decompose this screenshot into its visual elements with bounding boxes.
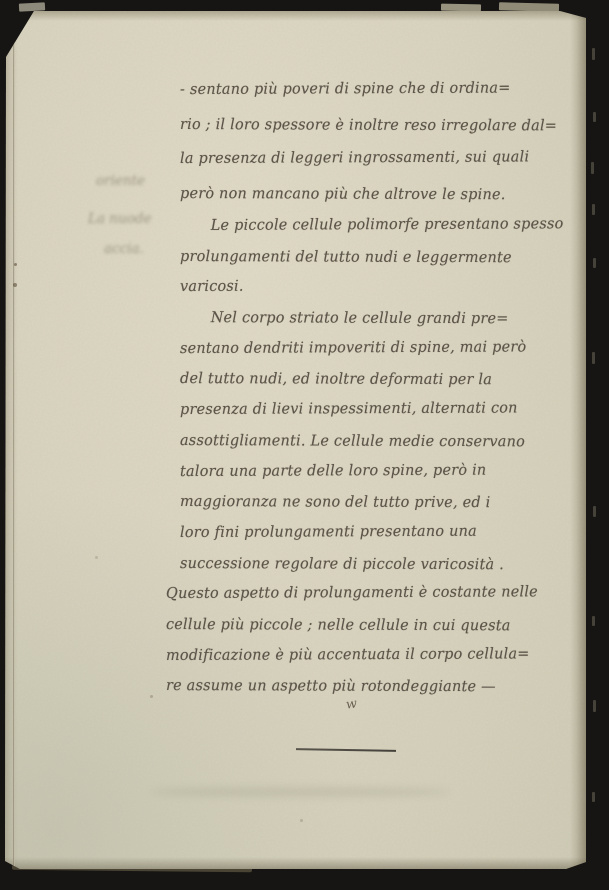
stray-pen-flourish: w <box>345 696 358 712</box>
handwritten-line: Le piccole cellule polimorfe presentano … <box>180 208 555 240</box>
stack-edge-mark <box>592 352 595 364</box>
stack-edge-mark <box>592 616 595 626</box>
stack-edge-mark <box>593 700 596 712</box>
stack-edge-mark <box>593 506 596 517</box>
foxing-speck <box>300 819 303 822</box>
handwritten-line: loro fini prolungamenti presentano una <box>180 515 555 547</box>
handwritten-line: la presenza di leggeri ingrossamenti, su… <box>180 139 555 175</box>
handwritten-line: rio ; il loro spessore è inoltre reso ir… <box>180 107 555 143</box>
bleedthrough-text: La nuode <box>88 211 151 227</box>
handwritten-line: però non mancano più che altrove le spin… <box>180 176 555 212</box>
handwritten-line: assottigliamenti. Le cellule medie conse… <box>180 425 555 457</box>
handwritten-line: Nel corpo striato le cellule grandi pre= <box>180 302 555 334</box>
foxing-speck <box>13 283 17 287</box>
foxing-speck <box>470 131 473 134</box>
stack-edge-mark <box>592 792 595 802</box>
binding-crease <box>13 41 15 869</box>
handwritten-line: re assume un aspetto più rotondeggiante … <box>166 670 554 702</box>
handwritten-line: maggioranza ne sono del tutto prive, ed … <box>180 486 555 518</box>
foxing-speck <box>150 695 153 698</box>
handwritten-line: Questo aspetto di prolungamenti è costan… <box>166 576 554 608</box>
handwritten-text-block: - sentano più poveri di spine che di ord… <box>180 72 570 701</box>
manuscript-page: oriente La nuode accia. - sentano più po… <box>0 11 586 869</box>
handwritten-line: varicosi. <box>180 270 555 302</box>
underlying-page-edge <box>441 4 481 12</box>
handwritten-line: - sentano più poveri di spine che di ord… <box>180 70 555 106</box>
photograph-backdrop: oriente La nuode accia. - sentano più po… <box>0 0 609 890</box>
handwritten-line: cellule più piccole ; nelle cellule in c… <box>166 609 554 641</box>
handwritten-line: modificazione è più accentuata il corpo … <box>166 638 554 670</box>
stack-edge-mark <box>593 112 596 122</box>
page-edge-shadow <box>570 11 586 869</box>
handwritten-line: presenza di lievi inspessimenti, alterna… <box>180 392 555 424</box>
underlying-page-edge <box>499 2 559 12</box>
bleedthrough-text: oriente <box>96 173 145 189</box>
handwritten-line: prolungamenti del tutto nudi e leggermen… <box>180 241 555 273</box>
handwritten-line: talora una parte delle loro spine, però … <box>180 454 555 486</box>
handwritten-line: successione regolare di piccole varicosi… <box>180 548 555 580</box>
stack-edge-mark <box>592 48 595 60</box>
handwritten-line: del tutto nudi, ed inoltre deformati per… <box>180 363 555 395</box>
foxing-speck <box>14 263 17 266</box>
stack-edge-mark <box>591 162 594 174</box>
handwritten-line: sentano dendriti impoveriti di spine, ma… <box>180 331 555 363</box>
underlying-page-edge <box>19 2 45 11</box>
stack-edge-mark <box>592 204 595 215</box>
foxing-speck <box>95 556 98 559</box>
page-edge-shadow <box>0 11 586 21</box>
bleedthrough-text: accia. <box>104 241 144 257</box>
stack-edge-mark <box>593 258 596 268</box>
ink-smudge <box>150 787 450 797</box>
